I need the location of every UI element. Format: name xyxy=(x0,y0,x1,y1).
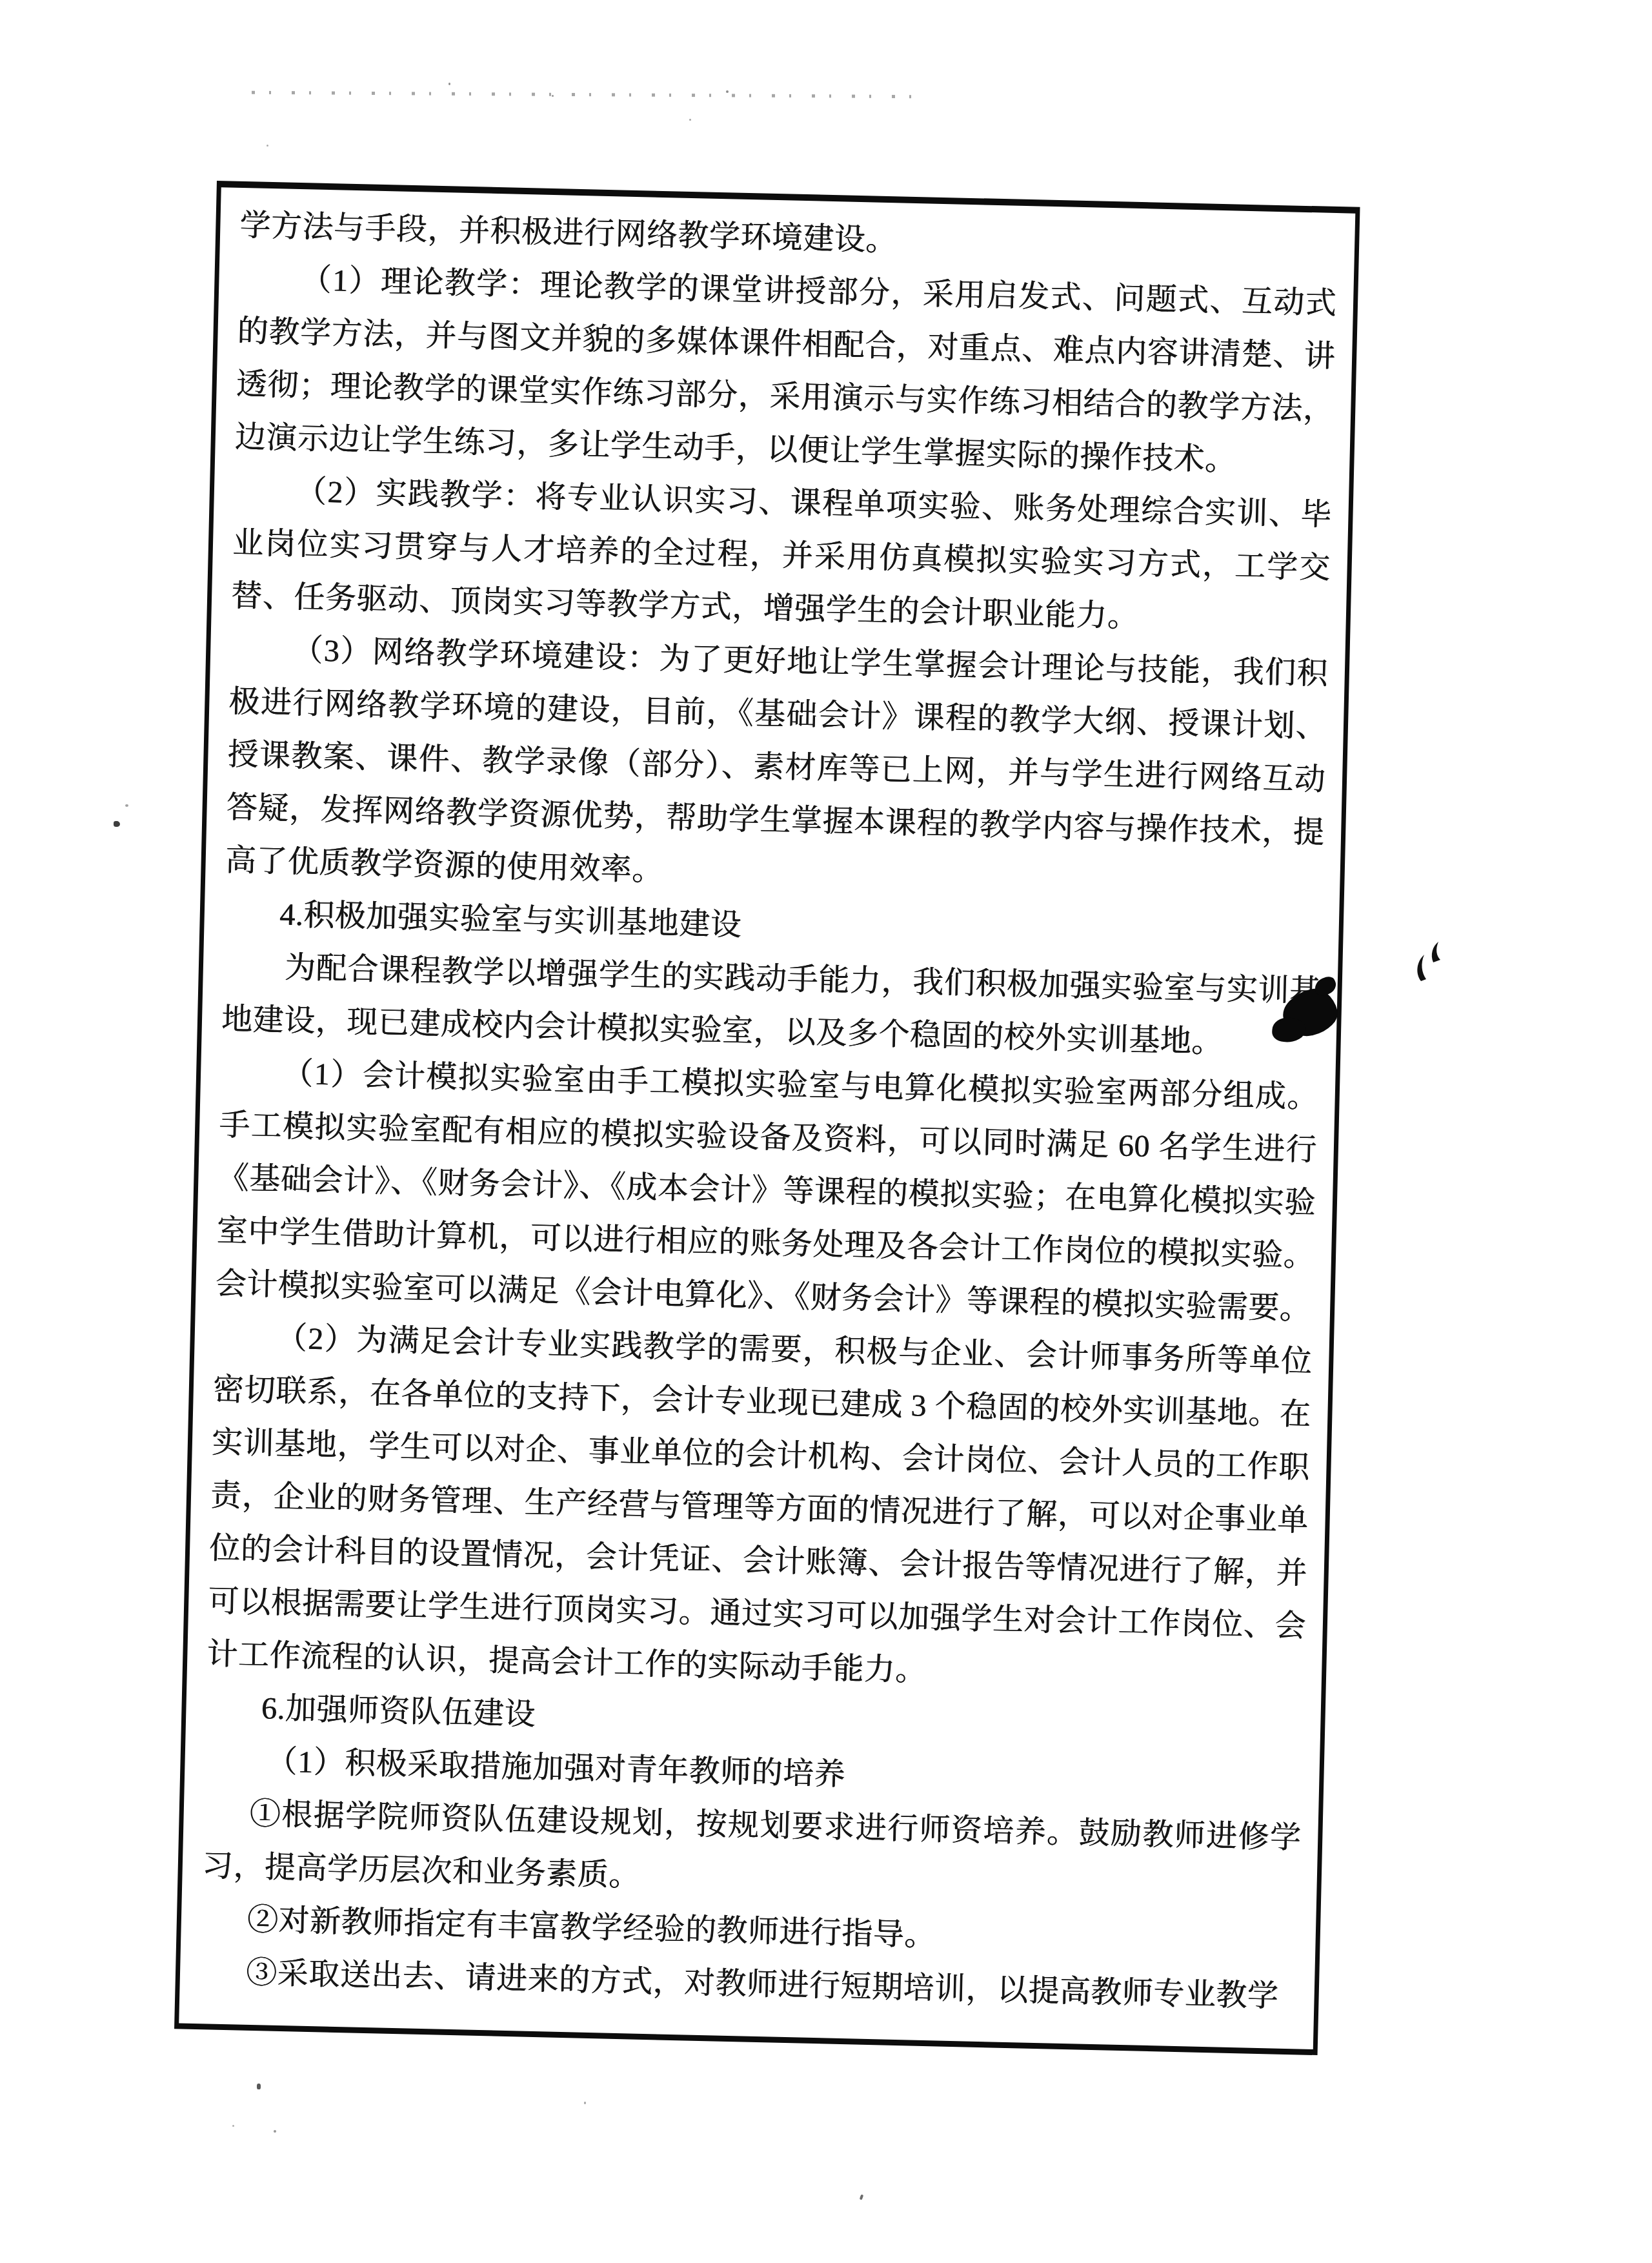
paragraph: （1）会计模拟实验室由手工模拟实验室与电算化模拟实验室两部分组成。手工模拟实验室… xyxy=(215,1046,1319,1335)
scan-speck xyxy=(114,821,120,827)
paragraph: （3）网络教学环境建设：为了更好地让学生掌握会计理论与技能，我们积极进行网络教学… xyxy=(225,623,1329,913)
scan-speck xyxy=(689,119,691,121)
paragraph: （2）实践教学：将专业认识实习、课程单项实验、账务处理综合实训、毕业岗位实习贯穿… xyxy=(230,464,1332,648)
scan-noise-band xyxy=(252,91,913,98)
scan-speck xyxy=(860,2195,863,2200)
scan-speck xyxy=(552,95,554,97)
document-cell-border: 学方法与手段，并积极进行网络教学环境建设。（1）理论教学：理论教学的课堂讲授部分… xyxy=(174,181,1360,2055)
scan-speck xyxy=(267,145,268,147)
scan-speck xyxy=(274,2130,276,2133)
paragraph: （1）理论教学：理论教学的课堂讲授部分，采用启发式、问题式、互动式的教学方法，并… xyxy=(234,252,1337,489)
scan-speck xyxy=(257,2084,261,2089)
pen-mark-artifact xyxy=(1407,940,1452,998)
paragraph: （2）为满足会计专业实践教学的需要，积极与企业、会计师事务所等单位密切联系，在各… xyxy=(206,1310,1313,1706)
scan-page: 学方法与手段，并积极进行网络教学环境建设。（1）理论教学：理论教学的课堂讲授部分… xyxy=(0,0,1652,2263)
document-body: 学方法与手段，并积极进行网络教学环境建设。（1）理论教学：理论教学的课堂讲授部分… xyxy=(199,199,1338,2024)
scan-speck xyxy=(125,804,128,807)
scan-speck xyxy=(726,90,729,93)
scan-speck xyxy=(232,2125,234,2127)
scan-speck xyxy=(448,83,450,85)
scan-speck xyxy=(584,2102,586,2104)
